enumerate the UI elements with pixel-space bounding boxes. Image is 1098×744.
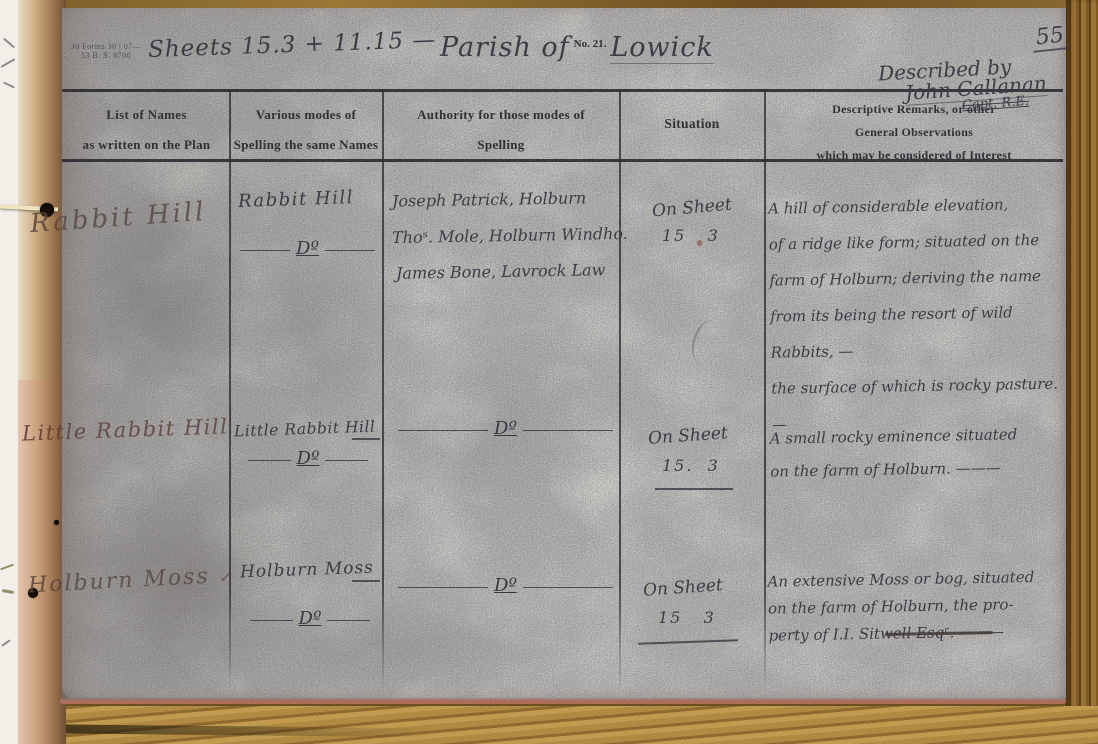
- header-line: List of Names: [65, 100, 228, 130]
- parish-title: Parish of No. 21. Lowick: [440, 32, 714, 63]
- ditto-rule: [325, 460, 368, 461]
- parish-script: Parish of: [440, 32, 570, 63]
- situation-number: 15 3: [658, 608, 716, 627]
- form-stamp-line2: 8700: [113, 51, 131, 60]
- remarks-line: from its being the resort of wild Rabbit…: [770, 293, 1071, 370]
- header-various-modes: Various modes of Spelling the same Names: [230, 100, 382, 160]
- remarks-line: on the farm of Holburn. ———: [770, 450, 1071, 488]
- remarks-block: A small rocky eminence situated on the f…: [769, 417, 1070, 488]
- authority-line: Joseph Patrick, Holburn: [392, 188, 586, 210]
- ditto-rule: [523, 430, 613, 431]
- remarks-line: farm of Holburn; deriving the name: [769, 257, 1070, 298]
- margin-scribble: [1, 58, 16, 68]
- header-authority: Authority for those modes of Spelling: [383, 100, 619, 160]
- remarks-line: An extensive Moss or bog, situated: [767, 563, 1069, 595]
- ditto-text: Dº: [293, 610, 328, 628]
- ink-spot: [697, 240, 702, 246]
- header-line: General Observations: [765, 121, 1063, 144]
- header-line: Situation: [620, 116, 764, 132]
- header-line: Authority for those modes of: [383, 100, 619, 130]
- form-number-stamp: 30 Forms 30 | 07—53 B. S. 8700: [70, 42, 142, 60]
- remarks-line: of a ridge like form; situated on the: [768, 221, 1069, 262]
- ditto-mark: Dº: [240, 240, 375, 258]
- situation-number: 15. 3: [662, 456, 720, 475]
- ditto-mark: Dº: [250, 610, 370, 628]
- margin-scribble: [0, 564, 14, 571]
- scan-smudge: [240, 250, 390, 420]
- ditto-rule: [248, 460, 291, 461]
- parish-name: Lowick: [610, 32, 713, 64]
- spelling-trailing-rule: [352, 580, 380, 582]
- margin-scribble: [2, 589, 14, 594]
- parish-number: No. 21.: [574, 38, 607, 50]
- column-rule-2: [382, 90, 384, 692]
- situation-underline: [655, 488, 733, 490]
- header-line: Spelling the same Names: [230, 130, 382, 160]
- ditto-rule: [398, 587, 488, 588]
- margin-scribble: [1, 639, 10, 646]
- ditto-text: Dº: [290, 240, 325, 258]
- column-rule-4: [764, 90, 766, 692]
- ditto-mark: Dº: [248, 450, 368, 468]
- header-line: as written on the Plan: [65, 130, 228, 160]
- header-line: which may be considered of Interest: [765, 144, 1063, 167]
- margin-scribble: [3, 38, 15, 49]
- ditto-rule: [398, 430, 488, 431]
- remarks-line: A small rocky eminence situated: [769, 417, 1070, 455]
- ditto-text: Dº: [291, 450, 326, 468]
- column-rule-3: [619, 90, 621, 692]
- header-situation: Situation: [620, 116, 764, 132]
- ditto-rule: [240, 250, 290, 251]
- margin-scribble: [3, 82, 15, 89]
- ditto-mark: Dº: [398, 420, 613, 438]
- header-line: Various modes of: [230, 100, 382, 130]
- ditto-text: Dº: [488, 577, 523, 595]
- ditto-text: Dº: [488, 420, 523, 438]
- previous-page-edge: [0, 0, 20, 744]
- page-number: 55: [1031, 22, 1070, 53]
- row-spelling: Rabbit Hill: [238, 187, 355, 212]
- situation-number: 15 3: [662, 226, 720, 245]
- authority-line: James Bone, Lavrock Law: [396, 260, 606, 283]
- spelling-trailing-rule: [352, 438, 380, 440]
- header-list-of-names: List of Names as written on the Plan: [65, 100, 228, 160]
- ditto-rule: [250, 620, 293, 621]
- remarks-block: A hill of considerable elevation, of a r…: [768, 185, 1072, 442]
- header-line: Spelling: [383, 130, 619, 160]
- ditto-mark: Dº: [398, 577, 613, 595]
- scan-smudge: [250, 590, 550, 700]
- ditto-rule: [327, 620, 370, 621]
- punch-hole: [54, 520, 59, 525]
- ditto-rule: [523, 587, 613, 588]
- remarks-block: An extensive Moss or bog, situated on th…: [767, 563, 1070, 649]
- scanned-name-book-page: 30 Forms 30 | 07—53 B. S. 8700 Sheets 15…: [0, 0, 1098, 744]
- column-rule-1: [229, 90, 231, 692]
- ditto-rule: [325, 250, 375, 251]
- remarks-line: A hill of considerable elevation,: [768, 185, 1069, 226]
- checked-mark: ✓: [218, 570, 233, 587]
